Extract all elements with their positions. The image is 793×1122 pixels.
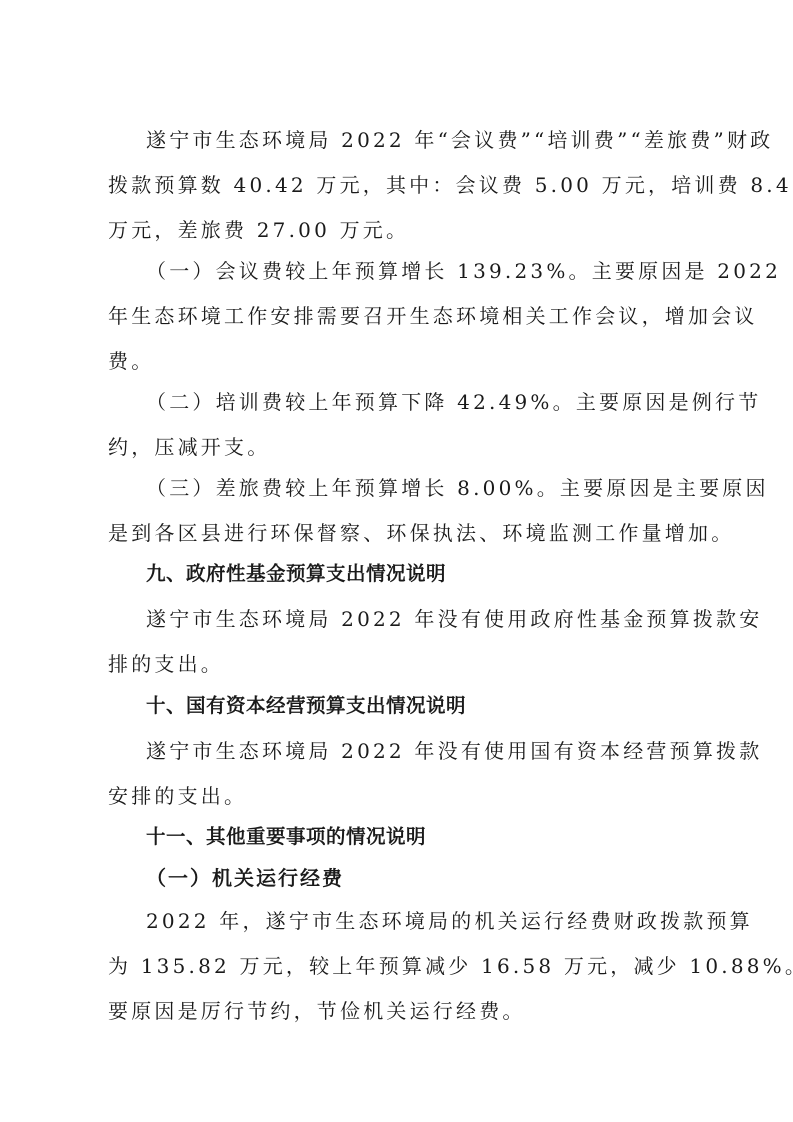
paragraph-line: 安排的支出。 [108,782,688,810]
paragraph-line: 遂宁市生态环境局 2022 年没有使用国有资本经营预算拨款 [146,737,688,765]
paragraph-line: 为 135.82 万元，较上年预算减少 16.58 万元，减少 10.88%。主 [108,952,688,980]
paragraph-line: （二）培训费较上年预算下降 42.49%。主要原因是例行节 [146,388,688,416]
paragraph-line: 万元，差旅费 27.00 万元。 [108,216,688,244]
paragraph-line: 费。 [108,347,688,375]
document-page: 遂宁市生态环境局 2022 年“会议费”“培训费”“差旅费”财政 拨款预算数 4… [0,0,793,1122]
paragraph-line: 2022 年，遂宁市生态环境局的机关运行经费财政拨款预算 [146,907,688,935]
paragraph-line: （一）会议费较上年预算增长 139.23%。主要原因是 2022 [146,257,688,285]
paragraph-line: 拨款预算数 40.42 万元，其中：会议费 5.00 万元，培训费 8.42 [108,171,688,199]
paragraph-line: 约，压减开支。 [108,433,688,461]
subsection-heading: （一）机关运行经费 [146,864,688,892]
section-heading-11: 十一、其他重要事项的情况说明 [146,823,688,851]
section-heading-9: 九、政府性基金预算支出情况说明 [146,560,688,588]
paragraph-line: 年生态环境工作安排需要召开生态环境相关工作会议，增加会议 [108,302,688,330]
paragraph-line: 是到各区县进行环保督察、环保执法、环境监测工作量增加。 [108,519,688,547]
paragraph-line: 排的支出。 [108,650,688,678]
paragraph-line: 遂宁市生态环境局 2022 年没有使用政府性基金预算拨款安 [146,605,688,633]
paragraph-line: 遂宁市生态环境局 2022 年“会议费”“培训费”“差旅费”财政 [146,126,688,154]
section-heading-10: 十、国有资本经营预算支出情况说明 [146,692,688,720]
paragraph-line: 要原因是厉行节约，节俭机关运行经费。 [108,997,688,1025]
paragraph-line: （三）差旅费较上年预算增长 8.00%。主要原因是主要原因 [146,474,688,502]
